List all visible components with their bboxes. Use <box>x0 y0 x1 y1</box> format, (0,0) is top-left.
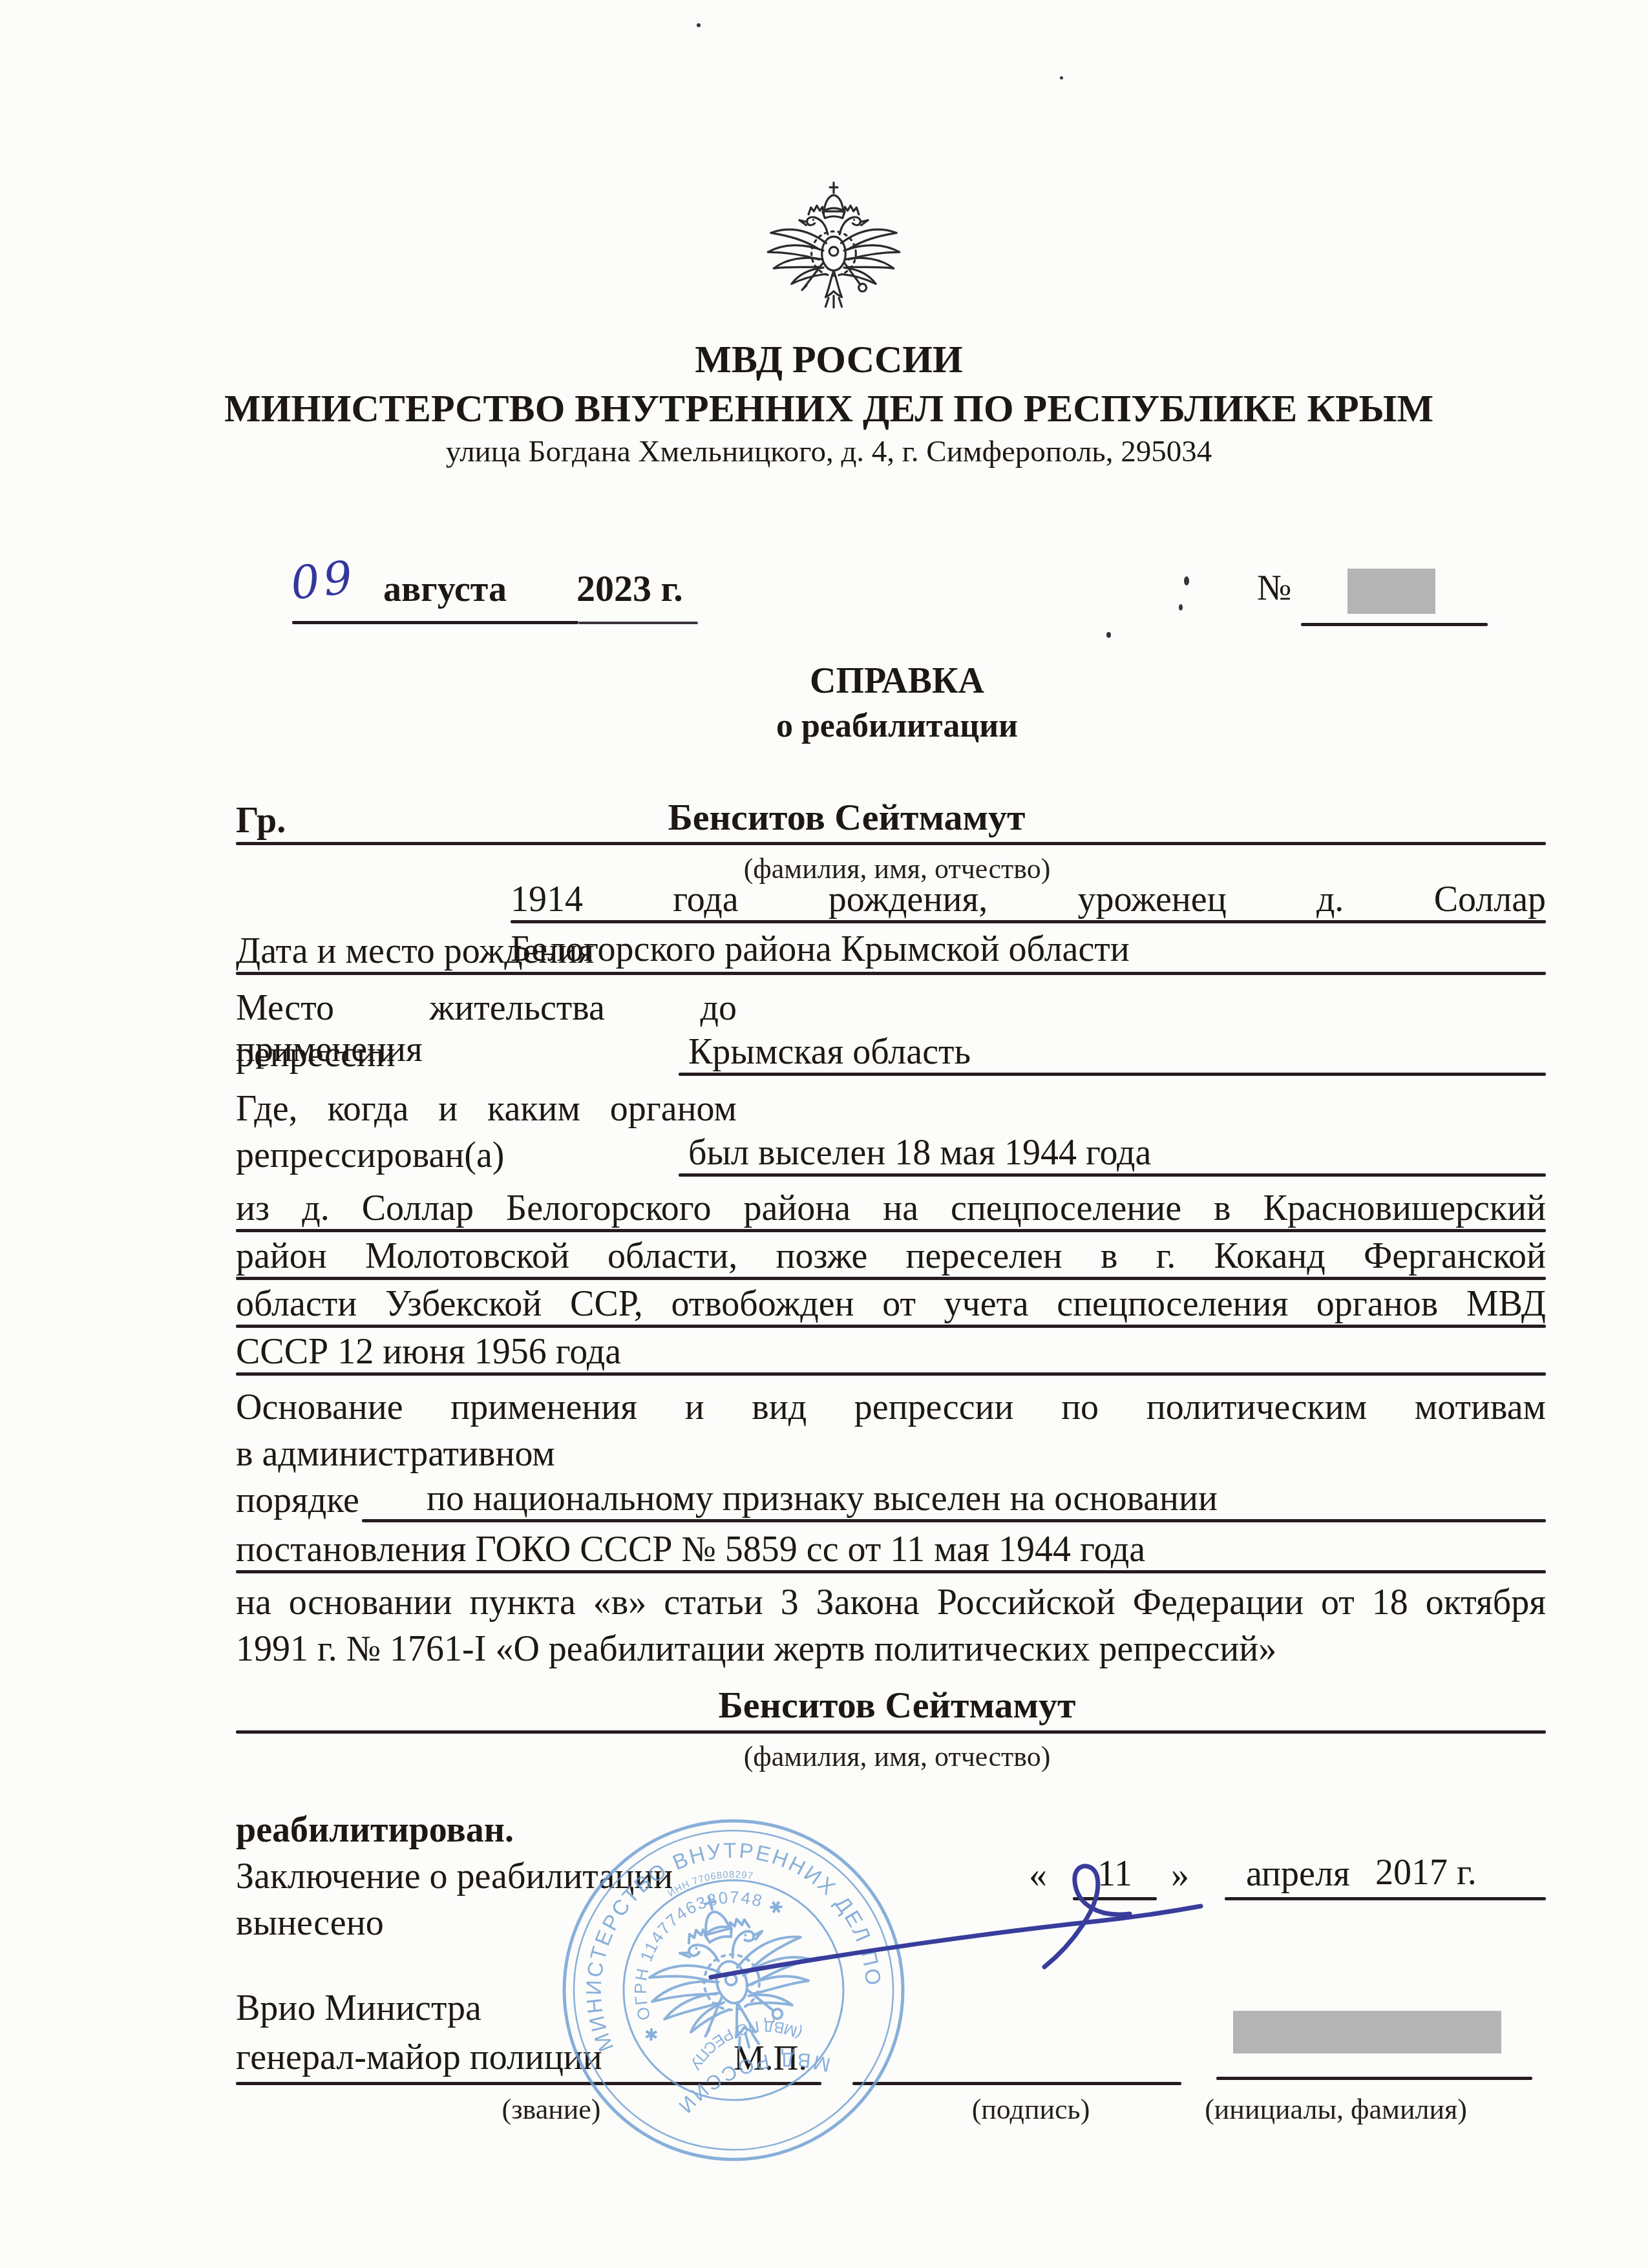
repression-label-line1: Где, когда и каким органом <box>236 1088 737 1129</box>
law-line2: 1991 г. № 1761-I «О реабилитации жертв п… <box>236 1628 1276 1670</box>
conclusion-day: 11 <box>1073 1853 1157 1895</box>
ruled-line <box>236 1277 1546 1280</box>
org-address: улица Богдана Хмельницкого, д. 4, г. Сим… <box>107 434 1551 469</box>
ruled-line <box>236 1229 1546 1232</box>
conclusion-label-line2: вынесено <box>236 1902 384 1944</box>
signer-position-line2: генерал-майор полиции <box>236 2037 602 2078</box>
basis-label-line2: в административном <box>236 1433 555 1475</box>
conclusion-quote-open: « <box>1029 1854 1047 1896</box>
mvd-double-headed-eagle-emblem-icon <box>759 180 908 333</box>
redacted-document-number <box>1347 569 1435 614</box>
document-subtitle: о реабилитации <box>236 707 1558 746</box>
scan-speck <box>1179 604 1183 611</box>
ruled-line <box>679 1073 1546 1076</box>
number-ruled-line <box>1301 623 1488 626</box>
ruled-line <box>236 1570 1546 1573</box>
document-title: СПРАВКА <box>236 660 1558 702</box>
date-ruled-line <box>292 621 578 624</box>
repression-paragraph-line3: области Узбекской ССР, отвобожден от уче… <box>236 1283 1546 1325</box>
ruled-line <box>679 1173 1546 1177</box>
conclusion-year: 2017 г. <box>1375 1852 1477 1893</box>
number-sign: № <box>1257 567 1291 609</box>
date-ruled-line-2 <box>578 622 698 624</box>
residence-label-line2: репрессии <box>236 1034 396 1075</box>
residence-value: Крымская область <box>688 1031 971 1073</box>
repression-label-line2: репрессирован(а) <box>236 1135 504 1176</box>
scan-speck <box>1106 632 1111 638</box>
repression-paragraph-line4: СССР 12 июня 1956 года <box>236 1331 621 1372</box>
rehabilitation-certificate-scan: МВД РОССИИ МИНИСТЕРСТВО ВНУТРЕННИХ ДЕЛ П… <box>0 0 1648 2268</box>
person-name-2: Бенситов Сейтмамут <box>236 1684 1558 1727</box>
conclusion-quote-close: » <box>1171 1854 1189 1896</box>
ruled-line <box>236 1372 1546 1376</box>
round-seal-mvd-crimea-icon: МИНИСТЕРСТВО ВНУТРЕННИХ ДЕЛ ПО РЕСПУБЛИК… <box>549 1806 918 2174</box>
initials-ruled-line <box>1216 2077 1532 2080</box>
date-month: августа <box>383 569 507 610</box>
basis-label-line3: порядке <box>236 1480 359 1521</box>
ruled-line <box>236 1325 1546 1328</box>
scan-speck <box>697 23 701 27</box>
basis-value-line2: постановления ГОКО СССР № 5859 сс от 11 … <box>236 1529 1145 1570</box>
basis-label-line1: Основание применения и вид репрессии по … <box>236 1387 1546 1428</box>
org-full-title: МИНИСТЕРСТВО ВНУТРЕННИХ ДЕЛ ПО РЕСПУБЛИК… <box>107 386 1551 431</box>
fio-hint-2: (фамилия, имя, отчество) <box>236 1741 1558 1774</box>
handwritten-day: 09 <box>288 551 359 610</box>
scan-speck <box>1184 576 1189 585</box>
birth-value-line2: Белогорского района Крымской области <box>511 929 1130 970</box>
ruled-line <box>1073 1897 1157 1900</box>
conclusion-month: апреля <box>1246 1853 1350 1895</box>
ruled-line <box>236 1730 1546 1734</box>
stamp-bottom-text: МВД РОССИИ <box>664 2033 839 2123</box>
date-year: 2023 г. <box>576 567 683 611</box>
scan-speck <box>1060 76 1063 79</box>
initials-hint: (инициалы, фамилия) <box>1205 2094 1467 2126</box>
ruled-line <box>236 972 1546 975</box>
ruled-line <box>511 920 1546 923</box>
signature-hint: (подпись) <box>972 2094 1090 2126</box>
verdict-text: реабилитирован. <box>236 1809 514 1851</box>
ruled-line <box>236 842 1546 845</box>
birth-value-line1: 1914 года рождения, уроженец д. Соллар <box>511 879 1546 920</box>
law-line1: на основании пункта «в» статьи 3 Закона … <box>236 1582 1546 1623</box>
repression-paragraph-line1: из д. Соллар Белогорского района на спец… <box>236 1188 1546 1229</box>
svg-text:МВД РОССИИ: МВД РОССИИ <box>664 2033 839 2123</box>
signer-position-line1: Врио Министра <box>236 1988 481 2029</box>
person-name: Бенситов Сейтмамут <box>236 796 1457 839</box>
repression-paragraph-line2: район Молотовской области, позже пересел… <box>236 1235 1546 1277</box>
repression-value: был выселен 18 мая 1944 года <box>688 1132 1151 1173</box>
org-short-title: МВД РОССИИ <box>107 337 1551 382</box>
basis-value-line1: по национальному признаку выселен на осн… <box>427 1478 1218 1519</box>
redacted-signer-name <box>1233 2011 1501 2053</box>
ruled-line <box>362 1519 1546 1522</box>
ruled-line <box>1225 1897 1546 1900</box>
